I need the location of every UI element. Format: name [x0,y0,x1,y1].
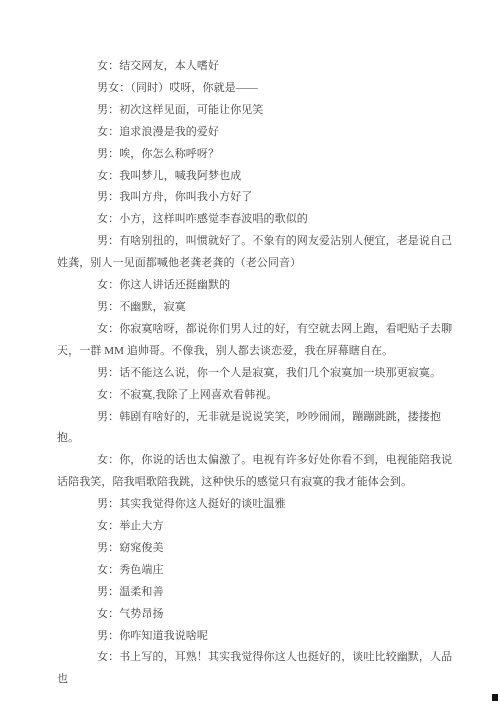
dialogue-line: 女：结交网友，本人嗜好 [57,56,461,78]
dialogue-line: 女：小方，这样叫咋感觉李春波唱的歌似的 [57,209,461,231]
dialogue-line: 男女：（同时）哎呀，你就是—— [57,78,461,100]
dialogue-line: 女：你寂寞啥呀，都说你们男人过的好，有空就去网上跑，看吧贴子去聊天，一群 MM … [57,319,461,363]
dialogue-line: 女：书上写的，耳熟！其实我觉得你这人也挺好的，谈吐比较幽默，人品也 [57,647,461,691]
dialogue-line: 男：韩剧有啥好的，无非就是说说笑笑，吵吵闹闹，蹦蹦跳跳，搂搂抱抱。 [57,407,461,451]
dialogue-line: 男：其实我觉得你这人挺好的谈吐温雅 [57,494,461,516]
dialogue-line: 男：初次这样见面，可能让你见笑 [57,100,461,122]
dialogue-line: 男：窈窕俊美 [57,538,461,560]
dialogue-line: 女：气势昂扬 [57,604,461,626]
document-page: 女：结交网友，本人嗜好男女：（同时）哎呀，你就是——男：初次这样见面，可能让你见… [0,0,500,707]
dialogue-line: 男：你咋知道我说啥呢 [57,626,461,648]
dialogue-script: 女：结交网友，本人嗜好男女：（同时）哎呀，你就是——男：初次这样见面，可能让你见… [57,56,461,691]
dialogue-line: 女：举止大方 [57,516,461,538]
corner-mark [492,694,498,701]
dialogue-line: 女：不寂寞,我除了上网喜欢看韩视。 [57,385,461,407]
dialogue-line: 女：追求浪漫是我的爱好 [57,122,461,144]
dialogue-line: 女：你这人讲话还挺幽默的 [57,275,461,297]
dialogue-line: 男：不幽默，寂寞 [57,297,461,319]
dialogue-line: 男：温柔和善 [57,582,461,604]
dialogue-line: 女：你，你说的话也太偏激了。电视有许多好处你看不到，电视能陪我说话陪我笑，陪我唱… [57,450,461,494]
dialogue-line: 男：有啥别扭的，叫惯就好了。不象有的网友爱沾别人便宜，老是说自己姓龚，别人一见面… [57,231,461,275]
dialogue-line: 女：我叫梦儿，喊我阿梦也成 [57,166,461,188]
dialogue-line: 男：唉，你怎么称呼呀？ [57,144,461,166]
dialogue-line: 男：我叫方舟，你叫我小方好了 [57,187,461,209]
dialogue-line: 男：话不能这么说，你一个人是寂寞，我们几个寂寞加一块那更寂寞。 [57,363,461,385]
dialogue-line: 女：秀色端庄 [57,560,461,582]
